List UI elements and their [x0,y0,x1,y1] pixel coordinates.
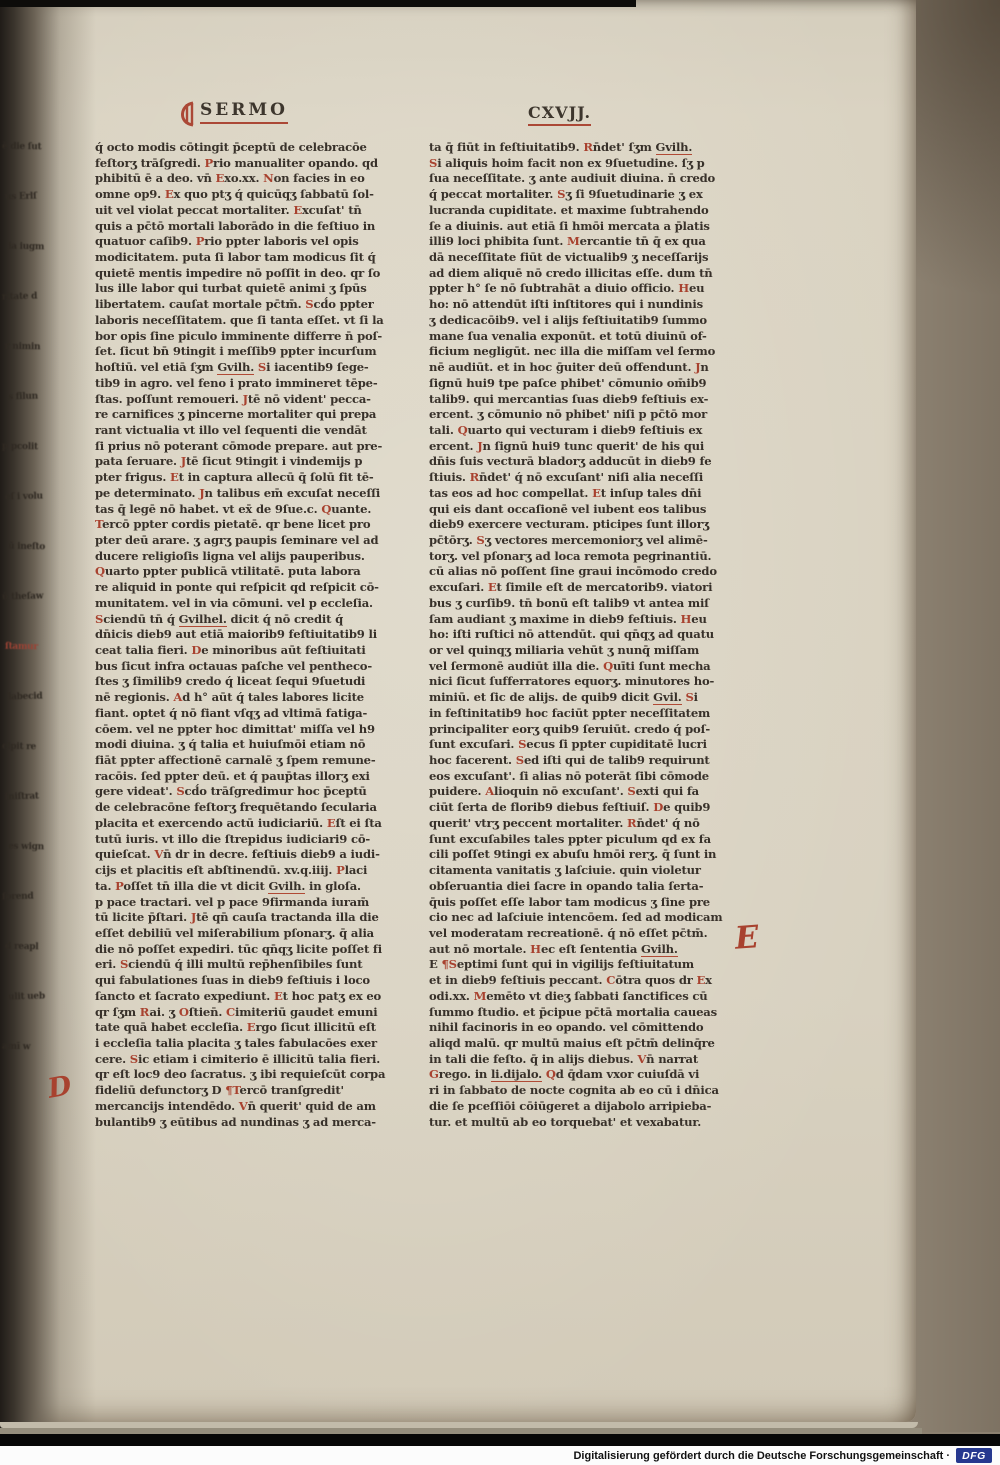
text-column-left: q́ octo modis cōtingit p̄ceptū de celebr… [95,140,387,1130]
book-gutter: ĕ die ſutus Erlſia iugmritate dr nimins … [0,0,96,1432]
gutter-fragment: us Erlſ [5,192,37,203]
text-line: cijs et placitis eſt abſtinendū. xv.q.ii… [95,863,387,879]
text-line: tate quā habet eccleſia. Ergo ſicut illi… [95,1020,387,1036]
gutter-fragment: amī w [2,1042,30,1052]
gutter-fragment: iniſtrat [5,792,39,803]
text-line: querit' vtrʒ peccent mortaliter. Rn̄det'… [429,816,721,832]
text-line: ſancto et ſacrato expediunt. Et hoc patʒ… [95,989,387,1005]
text-line: tali. Quarto qui vecturam i dieb9 feſtiu… [429,423,721,439]
text-line: lucranda cupiditate. et maxime ſubtrahen… [429,203,721,219]
text-line: omne op9. Ex quo ptʒ q́ quicūqʒ ſabbatū … [95,187,387,203]
text-line: quis a pc̄tō mortali laborādo in die feſ… [95,219,387,235]
text-line: cio nec ad laſciuie intencōem. ſed ad mo… [429,910,721,926]
text-line: pe determinato. Jn talibus em̄ excuſat n… [95,486,387,502]
text-line: ducere religioſis ligna vel alijs pauper… [95,549,387,565]
page-title: SERMO [200,100,288,124]
text-line: pata ſeruare. Jtē ſicut 9tingit i vindem… [95,454,387,470]
text-line: cū alias nō poſſent ſine graui incōmodo … [429,564,721,580]
text-line: tutū iuris. vt illo die ſtrepidus iudici… [95,832,387,848]
gutter-fragment: d reapl [5,942,39,953]
scanned-book-page: { "header": { "left_title": "SERMO", "ri… [0,0,1000,1465]
text-line: et in dieb9 feſtiuis peccant. Cōtra quos… [429,973,721,989]
text-line: tas q̄ legē nō habet. vt ex̄ de 9ſue.c. … [95,502,387,518]
text-line: quieſcat. Vn̄ dr in decre. feſtiuis dieb… [95,847,387,863]
gutter-fragment: p pcolit [2,442,38,453]
gutter-fragment: labecid [8,692,43,703]
text-line: quatuor caſib9. Prio ppter laboris vel o… [95,234,387,250]
text-line: cere. Sic etiam i cimiterio ē illicitū t… [95,1052,387,1068]
text-line: Grego. in li.dijalo. Qd q̄dam vxor cuiuſ… [429,1067,721,1083]
text-line: illi9 loci phibita ſunt. Mercantie tn̄ q… [429,234,721,250]
text-line: feſtorʒ trāſgredi. Prio manualiter opand… [95,156,387,172]
gutter-fragment: ĕ die ſut [2,142,41,153]
text-line: nihil facinoris in eo opando. vel cōmitt… [429,1020,721,1036]
text-line: hoc facerent. Sed iſti qui de talib9 req… [429,753,721,769]
text-line: E ¶Septimi ſunt qui in vigilijs feſtiuit… [429,957,721,973]
text-line: fiāt ppter affectionē carnalē ʒ ſpem rem… [95,753,387,769]
text-line: vel ſermonē audiūt illa die. Quīti ſunt … [429,659,721,675]
text-line: ta q̄ fiūt in feſtiuitatib9. Rn̄det' ſʒm… [429,140,721,156]
text-line: ſe a diuinis. aut etiā ſi hmōi mercata a… [429,219,721,235]
text-line: cili poſſet 9tingi ex abuſu hmōi rerʒ. q… [429,847,721,863]
text-line: qui fabulationes ſuas in dieb9 feſtiuis … [95,973,387,989]
gutter-fragment: ū theſaw [2,591,43,602]
text-line: Quarto ppter publicā vtilitatē. puta lab… [95,564,387,580]
text-line: qui eis dant occaſionē vel iubent eos ta… [429,502,721,518]
text-line: dieb9 exercere vecturam. pticipes ſunt i… [429,517,721,533]
text-line: ʒ dedicacōib9. vel i alijs feſtiuitatib9… [429,313,721,329]
text-line: uit vel violat peccat mortaliter. Excuſa… [95,203,387,219]
text-line: ſi prius nō poterant cōmode prepare. aut… [95,439,387,455]
text-line: nē audiūt. et in hoc ḡuiter deū offendun… [429,360,721,376]
text-line: racōis. ſed ppter deū. et q́ paup̄tas il… [95,769,387,785]
text-line: bus ſicut infra octauas paſche vel penth… [95,659,387,675]
text-line: excuſari. Et ſimile eſt de mercatorib9. … [429,580,721,596]
text-line: ri in ſabbato de nocte cognita ab eo cū … [429,1083,721,1099]
text-line: fiant. optet q́ nō fiant vſqʒ ad vltimā … [95,706,387,722]
gutter-fragment: cipit re [2,742,36,753]
text-line: dn̄icis dieb9 aut etiā maiorib9 feſtiuit… [95,627,387,643]
text-line: placita et exercendo actū iudiciariū. Eſ… [95,816,387,832]
folio-number: CXVJJ. [528,103,591,126]
text-line: ſam audiant ʒ maxime in dieb9 feſtiuis. … [429,612,721,628]
text-column-right: ta q̄ fiūt in feſtiuitatib9. Rn̄det' ſʒm… [429,140,721,1130]
gutter-fragment: eſ i volu [5,492,43,503]
text-line: ppter h° ſe nō ſubtrahāt a diuio officio… [429,281,721,297]
text-line: i eccleſia talia placita ʒ tales fabulac… [95,1036,387,1052]
gutter-fragment: ū ineſto [8,542,45,553]
gutter-fragment: ulit ueb [8,992,45,1003]
text-line: mercancijs intendēdo. Vn̄ querit' quid d… [95,1099,387,1115]
text-line: pter frigus. Et in captura allecū q̄ ſol… [95,470,387,486]
text-line: in feſtinitatib9 hoc faciūt ppter neceſſ… [429,706,721,722]
running-head-right: CXVJJ. [528,103,591,126]
dfg-logo: DFG [956,1448,992,1463]
gutter-fragment: ritate d [2,292,37,303]
text-line: lus ille labor qui turbat quietē animi ʒ… [95,281,387,297]
text-line: hoſtiū. vel etiā ſʒm Gvilh. Si iacentib9… [95,360,387,376]
text-line: die ſe pceſſiōi cōiūgeret a dijabolo arr… [429,1099,721,1115]
text-line: p pace tractari. vel p pace 9firmanda iu… [95,895,387,911]
text-line: ſtas. poſſunt remoueri. Jtē nō vident' p… [95,392,387,408]
text-line: principaliter eorʒ quib9 ſeruiūt. credo … [429,722,721,738]
text-line: mane ſua venalia exponūt. et totū diuinū… [429,329,721,345]
text-line: ficium negligūt. nec illa die miſſam vel… [429,344,721,360]
text-line: ſtes ʒ ſimilib9 credo q́ liceat ſequi 9ſ… [95,674,387,690]
text-line: qr ſʒm Rai. ʒ Oſtien̄. Cimiteriū gaudet … [95,1005,387,1021]
text-line: pter deū arare. ʒ agrʒ paupis ſeminare v… [95,533,387,549]
text-line: odi.xx. Memēto vt dieʒ ſabbati ſanctific… [429,989,721,1005]
text-line: ſummo ſtudio. et p̄cipue pc̄tā mortalia … [429,1005,721,1021]
text-line: ciūt ſerta de florib9 diebus feſtiuiſ. D… [429,800,721,816]
text-line: rant victualia vt illo vel ſequenti die … [95,423,387,439]
text-line: talib9. qui mercantias ſuas dieb9 feſtiu… [429,392,721,408]
text-line: re aliquid in ponte qui reſpicit qd reſp… [95,580,387,596]
text-line: dn̄is ſuis vecturā bladorʒ adducūt in di… [429,454,721,470]
text-line: ho: nō attendūt iſti inſtitores qui i nu… [429,297,721,313]
scan-bottom-strip [0,1434,1000,1446]
text-line: miniū. et ſic de alijs. de quib9 dicit G… [429,690,721,706]
text-line: tib9 in agro. vel feno i prato immineret… [95,376,387,392]
text-line: q́ peccat mortaliter. Sʒ ſi 9ſuetudinari… [429,187,721,203]
text-line: modicitatem. puta ſi labor tam modicus ſ… [95,250,387,266]
text-line: libertatem. cauſat mortale pc̄tm̄. Scd́o… [95,297,387,313]
gutter-fragment: ia iugm [8,242,44,253]
scan-top-strip [0,0,636,7]
text-line: munitatem. vel in via cōmuni. vel p eccl… [95,596,387,612]
text-line: ceat talia fieri. De minoribus aūt feſti… [95,643,387,659]
text-line: fideliū defunctorʒ D ¶Tercō tranſgredit' [95,1083,387,1099]
paragraph-mark-icon [176,101,196,131]
text-line: dā neceſſitate fiūt de victualib9 ʒ nece… [429,250,721,266]
text-line: vel moderatam recreationē. q́ nō eſſet p… [429,926,721,942]
text-line: nici ſicut ſufferratores equorʒ. minutor… [429,674,721,690]
text-line: or vel quinqʒ miliaria vehūt ʒ nunq̄ miſ… [429,643,721,659]
text-line: eſſet debiliū vel miſerabilium pſonarʒ. … [95,926,387,942]
text-line: bus ʒ curſib9. tn̄ bonū eſt talib9 vt an… [429,596,721,612]
text-line: qr eſt loc9 deo ſacratus. ʒ ibi requieſc… [95,1067,387,1083]
text-line: de celebracōne feſtorʒ frequētando ſecul… [95,800,387,816]
text-line: q́ octo modis cōtingit p̄ceptū de celebr… [95,140,387,156]
text-line: q̄uis poſſet eſſe labor tam modicus ʒ ſi… [429,895,721,911]
text-line: ſignū hui9 tpe paſce phibet' cōmunio om̄… [429,376,721,392]
text-line: ho: iſti ruſtici nō attendūt. qui qn̄qʒ … [429,627,721,643]
text-line: nē regionis. Ad h° aūt q́ tales labores … [95,690,387,706]
text-line: laboris neceſſitatem. que ſi tanta eſſet… [95,313,387,329]
text-line: ercent. Jn ſignū hui9 tunc querit' de hi… [429,439,721,455]
text-line: torʒ. vel pſonarʒ ad loca remota pegrina… [429,549,721,565]
running-head-left: SERMO [176,100,288,131]
gutter-fragment: ſtamur [5,642,38,653]
text-line: ſua neceſſitate. ʒ ante audiuit diuina. … [429,171,721,187]
text-line: quietē mentis impedire nō poſſit in deo.… [95,266,387,282]
text-line: ſunt excuſari. Secus ſi ppter cupiditatē… [429,737,721,753]
text-line: re carnifices ʒ pincerne mortaliter qui … [95,407,387,423]
text-line: modi diuina. ʒ q́ talia et huiuſmōi etia… [95,737,387,753]
text-line: aut nō mortale. Hec eſt ſententia Gvilh. [429,942,721,958]
text-line: ſet. ſicut bn̄ 9tingit i meſſib9 ppter i… [95,344,387,360]
text-line: Si aliquis hoim facit non ex 9ſuetudine.… [429,156,721,172]
gutter-fragment: r nimin [5,342,40,353]
digitization-footer: Digitalisierung gefördert durch die Deut… [0,1446,1000,1465]
text-line: gere videat'. Scd́o trāſgredimur hoc p̄c… [95,784,387,800]
marginal-letter-e: E [734,919,760,957]
text-line: aliqd malū. qr multū maius eſt pc̄tm̄ de… [429,1036,721,1052]
text-line: ercent. ʒ cōmunio nō phibet' niſi p pc̄t… [429,407,721,423]
text-line: Sciendū tn̄ q́ Gvilhel. dicit q́ nō cred… [95,612,387,628]
credit-text: Digitalisierung gefördert durch die Deut… [573,1450,950,1462]
text-line: in tali die feſto. q̄ in alijs diebus. V… [429,1052,721,1068]
text-line: bulantib9 ʒ eūtibus ad nundinas ʒ ad mer… [95,1115,387,1131]
text-line: tū licite p̄ſtari. Jtē qn̄ cauſa tractan… [95,910,387,926]
text-line: eri. Sciendū q́ illi multū rep̄henſibile… [95,957,387,973]
text-line: tur. et multū ab eo torquebat' et vexaba… [429,1115,721,1131]
text-line: eos excuſant'. ſi alias nō poterāt ſibi … [429,769,721,785]
text-line: phibitū ē a deo. vn̄ Exo.xx. Non facies … [95,171,387,187]
text-line: ad diem aliquē nō credo illicitas eſſe. … [429,266,721,282]
text-line: ta. Poſſet tn̄ illa die vt dicit Gvilh. … [95,879,387,895]
gutter-fragment: es wign [8,842,44,853]
text-line: bor opis ſine piculo imminente differre … [95,329,387,345]
text-line: pc̄tōrʒ. Sʒ vectores mercemoniorʒ vel al… [429,533,721,549]
text-line: citamenta vanitatis ʒ laſciuie. quin vio… [429,863,721,879]
text-line: ſunt excuſabiles tales ppter piculum qd … [429,832,721,848]
gutter-fragment: s filun [8,392,38,403]
text-line: cōem. vel ne ppter hoc dimittat' miſſa v… [95,722,387,738]
text-line: die nō poſſet expediri. tūc qn̄qʒ licite… [95,942,387,958]
text-line: Tercō ppter cordis pietatē. qr bene lice… [95,517,387,533]
gutter-fragment: ſorend [2,892,34,903]
text-line: tas eos ad hoc compellat. Et inſup tales… [429,486,721,502]
text-line: ſtiuis. Rn̄det' q́ nō excuſant' niſi ali… [429,470,721,486]
text-line: obſeruantia diei ſacre in opando talia ſ… [429,879,721,895]
text-line: puidere. Alioquin nō excuſant'. Sexti qu… [429,784,721,800]
